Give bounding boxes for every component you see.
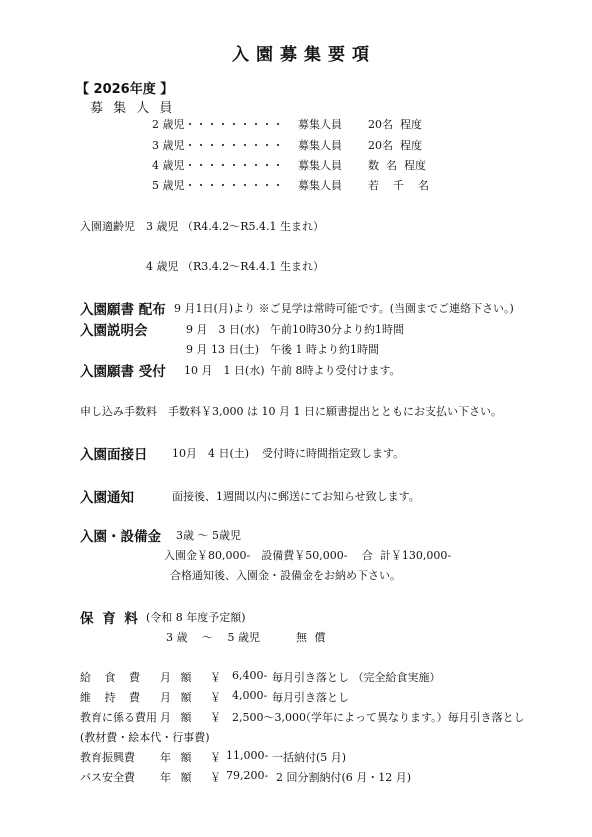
cost-yen: ￥ xyxy=(210,709,221,725)
recruit-label: 募集人員 xyxy=(298,116,342,132)
cost-yen: ￥ xyxy=(210,749,221,765)
cost-note: 毎月引き落とし xyxy=(272,689,349,705)
notice-text: 面接後、1週間以内に郵送にてお知らせ致します。 xyxy=(172,488,420,504)
interview-date: 10月 4 日(土) xyxy=(172,445,249,461)
briefing-date: 9 月 3 日(水) xyxy=(186,321,260,337)
fee-text: 手数料￥3,000 は 10 月 1 日に願書提出とともにお支払い下さい。 xyxy=(168,403,502,419)
cost-period: 月 額 xyxy=(160,689,195,705)
accept-label: 入園願書 受付 xyxy=(80,360,166,380)
cost-name: 給 食 費 xyxy=(80,669,145,685)
cost-name: 教育振興費 xyxy=(80,749,135,765)
cost-period: 月 額 xyxy=(160,669,195,685)
recruit-age: 3 歳児・・・・・・・・・ xyxy=(152,137,284,153)
distribution-text: 9 月1日(月)より ※ご見学は常時可能です。(当園までご連絡下さい。) xyxy=(174,300,514,316)
notice-label: 入園通知 xyxy=(80,486,134,506)
recruit-label: 募集人員 xyxy=(298,177,342,193)
cost-amount: 4,000- xyxy=(232,689,267,702)
briefing-date: 9 月 13 日(土) xyxy=(186,341,259,357)
tuition-label: 保 育 料 xyxy=(80,607,140,627)
recruit-count: 若 千 名 xyxy=(368,177,429,193)
accept-date: 10 月 1 日(水) xyxy=(184,362,265,378)
interview-text: 受付時に時間指定致します。 xyxy=(262,445,404,461)
cost-note: 毎月引き落とし （完全給食実施） xyxy=(272,669,441,685)
cost-period: 年 額 xyxy=(160,769,195,785)
cost-amount: 6,400- xyxy=(232,669,267,682)
cost-yen: ￥ xyxy=(210,689,221,705)
eligible-row: 3 歳児 （R4.4.2～R5.4.1 生まれ） xyxy=(146,218,324,234)
cost-amount: 2,500～3,000 xyxy=(232,709,306,725)
cost-period: 年 額 xyxy=(160,749,195,765)
cost-note: 2 回分割納付(6 月・12 月) xyxy=(276,769,411,785)
cost-amount: 79,200- xyxy=(226,769,268,782)
accept-text: 午前 8時より受付けます。 xyxy=(270,362,401,378)
recruit-age: 5 歳児・・・・・・・・・ xyxy=(152,177,284,193)
cost-yen: ￥ xyxy=(210,769,221,785)
tuition-sub: (令和 8 年度予定額) xyxy=(146,609,246,625)
tuition-value: 無 償 xyxy=(296,629,328,645)
recruit-label: 募集人員 xyxy=(298,137,342,153)
eligible-label: 入園適齢児 xyxy=(80,218,135,234)
enrollment-note: 合格通知後、入園金・設備金をお納め下さい。 xyxy=(170,567,401,583)
year-label: 【 2026年度 】 xyxy=(76,78,173,97)
recruit-count: 数 名 程度 xyxy=(368,157,426,173)
cost-yen: ￥ xyxy=(210,669,221,685)
enrollment-ages: 3歳 ～ 5歳児 xyxy=(176,527,241,543)
fee-label: 申し込み手数料 xyxy=(80,403,157,419)
cost-note: 一括納付(5 月) xyxy=(272,749,346,765)
recruit-label: 募集人員 xyxy=(298,157,342,173)
cost-amount: 11,000- xyxy=(226,749,268,762)
enrollment-label: 入園・設備金 xyxy=(80,525,161,545)
recruit-count: 20名 程度 xyxy=(368,137,422,153)
interview-label: 入園面接日 xyxy=(80,443,148,463)
page-title: 入園募集要項 xyxy=(232,40,376,65)
cost-period: 月 額 xyxy=(160,709,195,725)
distribution-label: 入園願書 配布 xyxy=(80,298,166,318)
enrollment-amounts: 入園金￥80,000- 設備費￥50,000- 合 計￥130,000- xyxy=(164,547,451,563)
cost-name: 維 持 費 xyxy=(80,689,145,705)
cost-note: （学年によって異なります。）毎月引き落とし xyxy=(300,709,525,725)
recruit-age: 4 歳児・・・・・・・・・ xyxy=(152,157,284,173)
cost-name: バス安全費 xyxy=(80,769,135,785)
cost-name: 教育に係る費用 xyxy=(80,709,157,725)
eligible-row: 4 歳児 （R3.4.2～R4.4.1 生まれ） xyxy=(146,258,324,274)
tuition-ages: 3 歳 ～ 5 歳児 xyxy=(166,629,260,645)
recruit-count: 20名 程度 xyxy=(368,116,422,132)
cost-name: (教材費・絵本代・行事費) xyxy=(80,729,210,745)
recruit-heading: 募 集 人 員 xyxy=(90,97,175,116)
recruit-age: 2 歳児・・・・・・・・・ xyxy=(152,116,284,132)
briefing-label: 入園説明会 xyxy=(80,319,148,339)
briefing-time: 午後 1 時より約1時間 xyxy=(270,341,379,357)
briefing-time: 午前10時30分より約1時間 xyxy=(270,321,404,337)
